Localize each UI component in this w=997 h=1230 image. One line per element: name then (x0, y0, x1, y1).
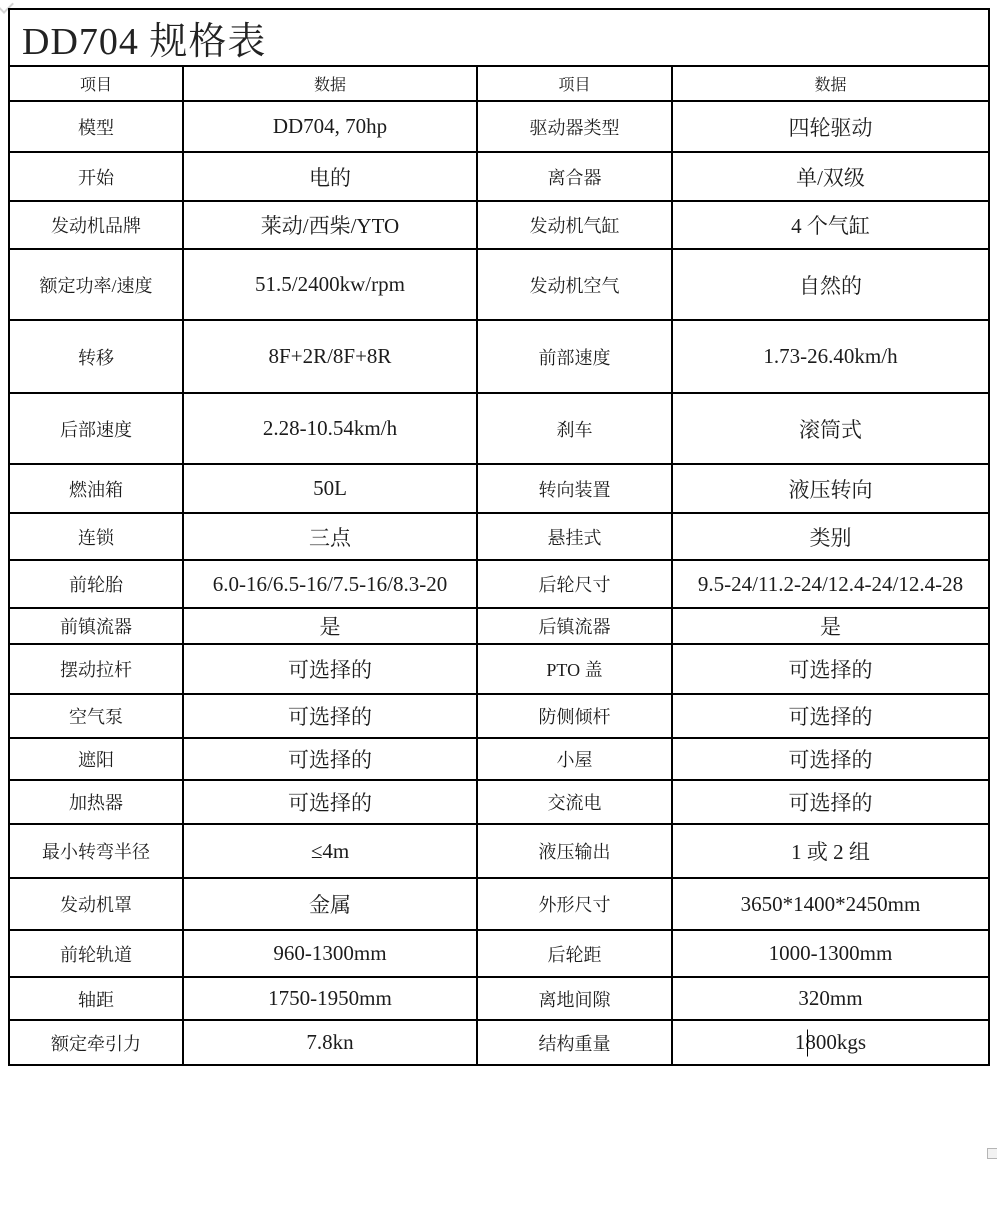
spec-item-label: 轴距 (9, 977, 183, 1020)
spec-value: 莱动/西柴/YTO (183, 201, 477, 249)
spec-value: 2.28-10.54km/h (183, 393, 477, 464)
spec-item-label: 前轮胎 (9, 560, 183, 608)
table-row: 遮阳 可选择的 小屋 可选择的 (9, 738, 989, 780)
table-row: 开始 电的 离合器 单/双级 (9, 152, 989, 201)
column-header-item-right: 项目 (477, 66, 672, 101)
spec-value: 单/双级 (672, 152, 989, 201)
spec-value: 可选择的 (183, 644, 477, 694)
spec-item-label: 前轮轨道 (9, 930, 183, 977)
table-row: 额定功率/速度 51.5/2400kw/rpm 发动机空气 自然的 (9, 249, 989, 320)
spec-value: 类别 (672, 513, 989, 560)
spec-item-label: 最小转弯半径 (9, 824, 183, 878)
spec-value: 1.73-26.40km/h (672, 320, 989, 393)
table-row: 前轮胎 6.0-16/6.5-16/7.5-16/8.3-20 后轮尺寸 9.5… (9, 560, 989, 608)
spec-value: 960-1300mm (183, 930, 477, 977)
spec-value: 8F+2R/8F+8R (183, 320, 477, 393)
spec-item-label: 连锁 (9, 513, 183, 560)
spec-value: 可选择的 (672, 780, 989, 824)
column-header-item-left: 项目 (9, 66, 183, 101)
document-page: DD704 规格表 项目 数据 项目 数据 模型 DD704, 70hp 驱动器… (0, 0, 997, 1230)
table-row: 前轮轨道 960-1300mm 后轮距 1000-1300mm (9, 930, 989, 977)
spec-value: 液压转向 (672, 464, 989, 513)
spec-value: DD704, 70hp (183, 101, 477, 152)
spec-item-label: 转移 (9, 320, 183, 393)
spec-value: 滚筒式 (672, 393, 989, 464)
spec-value: 可选择的 (183, 780, 477, 824)
table-row: 轴距 1750-1950mm 离地间隙 320mm (9, 977, 989, 1020)
table-row: 连锁 三点 悬挂式 类别 (9, 513, 989, 560)
spec-item-label: 后轮尺寸 (477, 560, 672, 608)
spec-item-label: 防侧倾杆 (477, 694, 672, 738)
spec-value: 1750-1950mm (183, 977, 477, 1020)
text-cursor (807, 1029, 809, 1056)
spec-item-label: 小屋 (477, 738, 672, 780)
spec-item-label: 外形尺寸 (477, 878, 672, 930)
spec-value: 4 个气缸 (672, 201, 989, 249)
spec-item-label: 模型 (9, 101, 183, 152)
spec-value: 可选择的 (183, 738, 477, 780)
spec-item-label: 结构重量 (477, 1020, 672, 1065)
spec-value: 可选择的 (672, 738, 989, 780)
spec-value: 金属 (183, 878, 477, 930)
spec-value: 1000-1300mm (672, 930, 989, 977)
column-header-data-right: 数据 (672, 66, 989, 101)
spec-item-label: 摆动拉杆 (9, 644, 183, 694)
spec-item-label: 空气泵 (9, 694, 183, 738)
spec-value: ≤4m (183, 824, 477, 878)
spec-item-label: 发动机罩 (9, 878, 183, 930)
spec-value: 9.5-24/11.2-24/12.4-24/12.4-28 (672, 560, 989, 608)
table-row: 发动机品牌 莱动/西柴/YTO 发动机气缸 4 个气缸 (9, 201, 989, 249)
page-title: DD704 规格表 (9, 9, 989, 66)
column-header-row: 项目 数据 项目 数据 (9, 66, 989, 101)
spec-value: 1800kgs (672, 1020, 989, 1065)
title-row: DD704 规格表 (9, 9, 989, 66)
spec-item-label: PTO 盖 (477, 644, 672, 694)
spec-item-label: 后镇流器 (477, 608, 672, 644)
spec-item-label: 悬挂式 (477, 513, 672, 560)
spec-value: 是 (672, 608, 989, 644)
table-row: 加热器 可选择的 交流电 可选择的 (9, 780, 989, 824)
spec-value: 6.0-16/6.5-16/7.5-16/8.3-20 (183, 560, 477, 608)
spec-item-label: 前镇流器 (9, 608, 183, 644)
spec-value: 3650*1400*2450mm (672, 878, 989, 930)
spec-item-label: 驱动器类型 (477, 101, 672, 152)
spec-value: 自然的 (672, 249, 989, 320)
spec-value: 可选择的 (672, 644, 989, 694)
table-row: 发动机罩 金属 外形尺寸 3650*1400*2450mm (9, 878, 989, 930)
spec-item-label: 发动机品牌 (9, 201, 183, 249)
spec-table-body: 模型 DD704, 70hp 驱动器类型 四轮驱动 开始 电的 离合器 单/双级… (9, 101, 989, 1065)
table-row: 燃油箱 50L 转向装置 液压转向 (9, 464, 989, 513)
spec-value: 四轮驱动 (672, 101, 989, 152)
table-resize-handle[interactable] (987, 1148, 997, 1159)
spec-value: 可选择的 (183, 694, 477, 738)
table-row: 额定牵引力 7.8kn 结构重量 1800kgs (9, 1020, 989, 1065)
spec-item-label: 发动机气缸 (477, 201, 672, 249)
spec-table: DD704 规格表 项目 数据 项目 数据 模型 DD704, 70hp 驱动器… (8, 8, 990, 1066)
spec-item-label: 液压输出 (477, 824, 672, 878)
spec-item-label: 离地间隙 (477, 977, 672, 1020)
spec-value: 50L (183, 464, 477, 513)
spec-value: 51.5/2400kw/rpm (183, 249, 477, 320)
table-row: 后部速度 2.28-10.54km/h 刹车 滚筒式 (9, 393, 989, 464)
spec-item-label: 额定功率/速度 (9, 249, 183, 320)
spec-item-label: 离合器 (477, 152, 672, 201)
table-row: 前镇流器 是 后镇流器 是 (9, 608, 989, 644)
spec-value: 1 或 2 组 (672, 824, 989, 878)
spec-item-label: 交流电 (477, 780, 672, 824)
spec-item-label: 发动机空气 (477, 249, 672, 320)
table-row: 转移 8F+2R/8F+8R 前部速度 1.73-26.40km/h (9, 320, 989, 393)
table-row: 空气泵 可选择的 防侧倾杆 可选择的 (9, 694, 989, 738)
spec-item-label: 前部速度 (477, 320, 672, 393)
spec-item-label: 加热器 (9, 780, 183, 824)
table-row: 摆动拉杆 可选择的 PTO 盖 可选择的 (9, 644, 989, 694)
spec-item-label: 刹车 (477, 393, 672, 464)
spec-value: 7.8kn (183, 1020, 477, 1065)
spec-item-label: 后部速度 (9, 393, 183, 464)
spec-item-label: 开始 (9, 152, 183, 201)
spec-value: 三点 (183, 513, 477, 560)
spec-value: 320mm (672, 977, 989, 1020)
column-header-data-left: 数据 (183, 66, 477, 101)
spec-value: 是 (183, 608, 477, 644)
spec-value: 可选择的 (672, 694, 989, 738)
spec-item-label: 额定牵引力 (9, 1020, 183, 1065)
table-row: 模型 DD704, 70hp 驱动器类型 四轮驱动 (9, 101, 989, 152)
spec-item-label: 转向装置 (477, 464, 672, 513)
spec-item-label: 遮阳 (9, 738, 183, 780)
spec-item-label: 燃油箱 (9, 464, 183, 513)
spec-value: 电的 (183, 152, 477, 201)
table-row: 最小转弯半径 ≤4m 液压输出 1 或 2 组 (9, 824, 989, 878)
spec-item-label: 后轮距 (477, 930, 672, 977)
